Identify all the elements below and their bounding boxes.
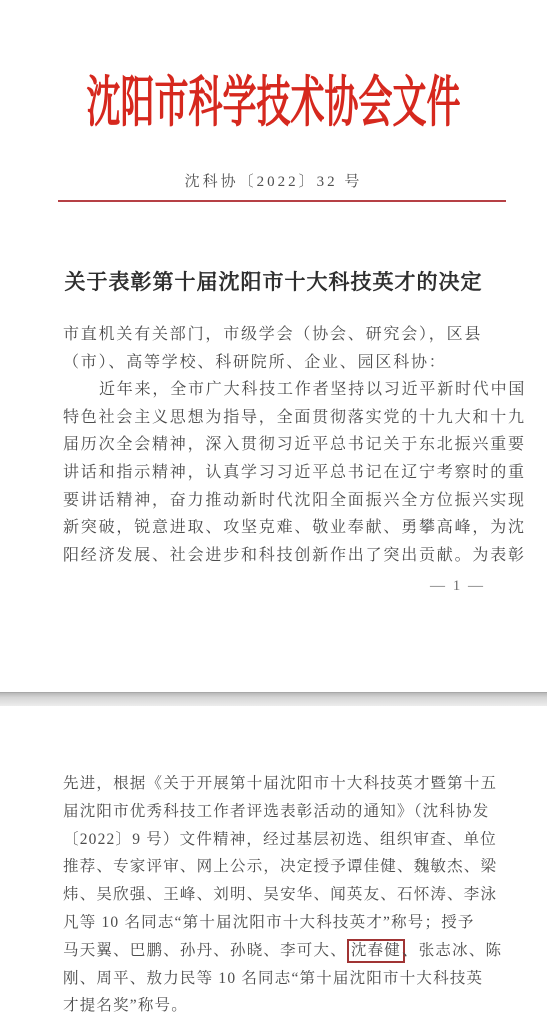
red-letterhead-title: 沈阳市科学技术协会文件 xyxy=(0,58,547,107)
body-line: 先进，根据《关于开展第十届沈阳市十大科技英才暨第十五 xyxy=(63,770,495,798)
red-divider-line xyxy=(58,200,506,202)
body-line-with-highlight: 马天翼、巴鹏、孙丹、孙晓、李可大、沈春健、张志冰、陈 xyxy=(63,937,495,965)
highlighted-name-box: 沈春健 xyxy=(347,939,405,963)
red-letterhead-text: 沈阳市科学技术协会文件 xyxy=(87,58,461,137)
body-line: 讲话和指示精神，认真学习习近平总书记在辽宁考察时的重 xyxy=(63,459,495,487)
body-line: 市直机关有关部门，市级学会（协会、研究会），区县 xyxy=(63,321,495,349)
body-line: 新突破，锐意进取、攻坚克难、敬业奉献、勇攀高峰，为沈 xyxy=(63,514,495,542)
document-number: 沈科协〔2022〕32 号 xyxy=(0,170,547,191)
page-2-body: 先进，根据《关于开展第十届沈阳市十大科技英才暨第十五 届沈阳市优秀科技工作者评选… xyxy=(63,770,495,1020)
body-line: 推荐、专家评审、网上公示，决定授予谭佳健、魏敏杰、梁 xyxy=(63,853,495,881)
scanned-document: 沈阳市科学技术协会文件 沈科协〔2022〕32 号 关于表彰第十届沈阳市十大科技… xyxy=(0,0,547,1024)
highlight-line-before: 马天翼、巴鹏、孙丹、孙晓、李可大、 xyxy=(63,942,347,959)
body-line: 刚、周平、敖力民等 10 名同志“第十届沈阳市十大科技英 xyxy=(63,965,495,993)
body-line: 炜、吴欣强、王峰、刘明、吴安华、闻英友、石怀涛、李泳 xyxy=(63,881,495,909)
page-number: — 1 — xyxy=(430,578,485,595)
body-line: （市）、高等学校、科研院所、企业、园区科协： xyxy=(63,349,495,377)
body-line: 届历次全会精神，深入贯彻习近平总书记关于东北振兴重要 xyxy=(63,431,495,459)
page-separator xyxy=(0,692,547,706)
body-line: 近年来，全市广大科技工作者坚持以习近平新时代中国 xyxy=(63,376,495,404)
body-line: 届沈阳市优秀科技工作者评选表彰活动的通知》（沈科协发 xyxy=(63,798,495,826)
body-line: 特色社会主义思想为指导，全面贯彻落实党的十九大和十九 xyxy=(63,404,495,432)
body-line: 阳经济发展、社会进步和科技创新作出了突出贡献。为表彰 xyxy=(63,542,495,570)
body-line: 〔2022〕9 号）文件精神，经过基层初选、组织审查、单位 xyxy=(63,826,495,854)
body-line: 才提名奖”称号。 xyxy=(63,992,495,1020)
body-line: 凡等 10 名同志“第十届沈阳市十大科技英才”称号；授予 xyxy=(63,909,495,937)
document-title: 关于表彰第十届沈阳市十大科技英才的决定 xyxy=(0,266,547,296)
page-1-body: 市直机关有关部门，市级学会（协会、研究会），区县 （市）、高等学校、科研院所、企… xyxy=(63,321,495,569)
body-line: 要讲话精神，奋力推动新时代沈阳全面振兴全方位振兴实现 xyxy=(63,487,495,515)
highlight-line-after: 、张志冰、陈 xyxy=(402,942,502,959)
